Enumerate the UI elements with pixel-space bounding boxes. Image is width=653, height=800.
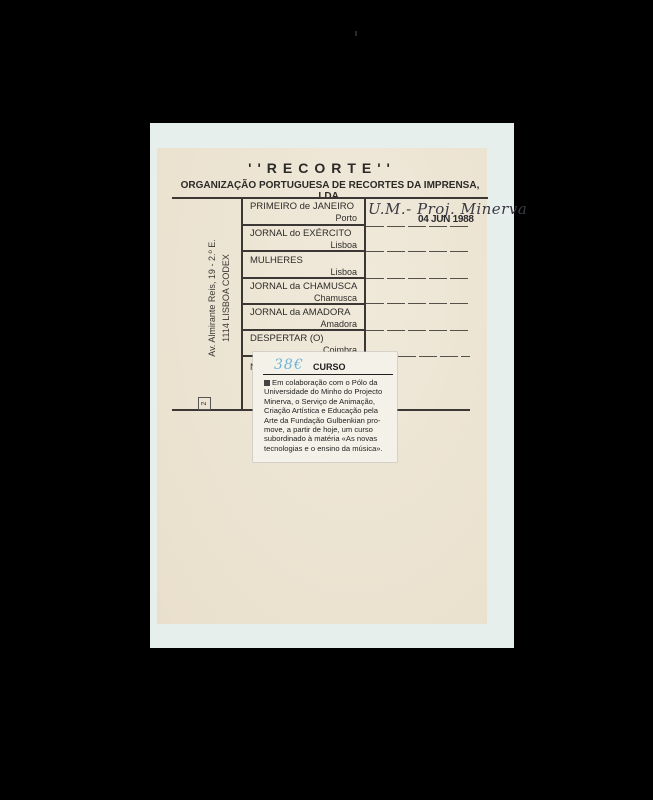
- clipping-body: Em colaboração com o Pólo da Universidad…: [264, 378, 394, 453]
- column-divider-middle: [364, 197, 366, 357]
- clipping-line: Criação Artística e Educação pela: [264, 406, 394, 415]
- publication-city: Porto: [250, 213, 357, 223]
- headline-rule: [263, 374, 393, 375]
- newspaper-clipping: 38€ CURSO Em colaboração com o Pólo da U…: [253, 352, 397, 462]
- address-line-2: 1114 LISBOA CODEX: [219, 208, 233, 388]
- date-stamp: 04 JUN 1988: [418, 214, 474, 225]
- publication-city: Lisboa: [250, 267, 357, 277]
- publication-name: MULHERES: [250, 255, 303, 266]
- clipping-line: Em colaboração com o Pólo da: [272, 378, 378, 387]
- clipping-line: subordinado à matéria «As novas: [264, 434, 394, 443]
- clipping-line: move, a partir de hoje, um curso: [264, 425, 394, 434]
- square-bullet-icon: [264, 380, 270, 386]
- table-top-rule: [172, 197, 488, 199]
- agency-address: Av. Almirante Reis, 19 - 2.º E. 1114 LIS…: [205, 208, 235, 388]
- clipping-line: Universidade do Minho do Projecto: [264, 387, 394, 396]
- card-subtitle: ORGANIZAÇÃO PORTUGUESA DE RECORTES DA IM…: [170, 180, 490, 202]
- row-separator: [241, 329, 364, 331]
- handwritten-price-mark: 38€: [274, 357, 304, 373]
- dust-speck: [355, 31, 357, 36]
- publication-city: Chamusca: [250, 293, 357, 303]
- publication-city: Amadora: [250, 319, 357, 329]
- publication-name: JORNAL da CHAMUSCA: [250, 281, 357, 292]
- address-line-1: Av. Almirante Reis, 19 - 2.º E.: [205, 208, 219, 388]
- row-separator: [241, 224, 364, 226]
- table-bottom-rule-right: [397, 409, 470, 411]
- clipping-line: Minerva, o Serviço de Animação,: [264, 397, 394, 406]
- note-line: [366, 303, 470, 304]
- note-line: [398, 356, 470, 357]
- clipping-headline: CURSO: [313, 362, 346, 372]
- publication-name: JORNAL da AMADORA: [250, 307, 350, 318]
- row-separator: [241, 355, 253, 357]
- row-separator: [241, 277, 364, 279]
- row-separator: [241, 250, 364, 252]
- note-line: [366, 226, 470, 227]
- note-line: [366, 278, 470, 279]
- publication-name: PRIMEIRO de JANEIRO: [250, 201, 354, 212]
- note-line: [366, 330, 470, 331]
- clipping-line: Arte da Fundação Gulbenkian pro-: [264, 416, 394, 425]
- publication-city: Lisboa: [250, 240, 357, 250]
- note-line: [366, 251, 470, 252]
- page-number-box: 2: [198, 397, 211, 410]
- publication-name: JORNAL do EXÉRCITO: [250, 228, 351, 239]
- clipping-line: tecnologias e o ensino da música».: [264, 444, 394, 453]
- card-title: ''RECORTE'': [157, 160, 487, 176]
- publication-name: DESPERTAR (O): [250, 333, 324, 344]
- row-separator: [241, 303, 364, 305]
- table-bottom-rule: [172, 409, 254, 411]
